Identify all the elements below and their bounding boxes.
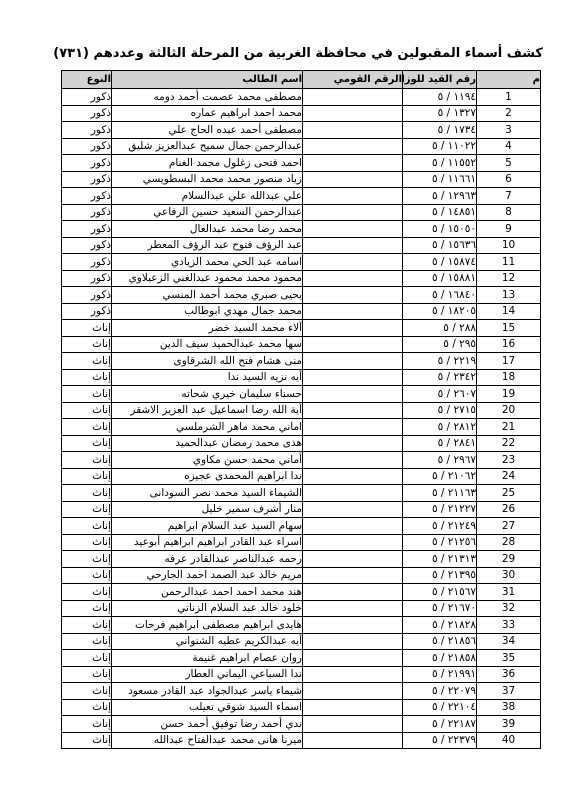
registry-number-cell: ١٥٦٣٦ / ٥ <box>403 237 477 254</box>
registry-number-cell: ٢١٢٥٦ / ٥ <box>403 534 477 551</box>
table-row: 28 ٢١٢٥٦ / ٥ اسراء عبد القادر ابراهيم اب… <box>62 534 541 551</box>
row-number-cell: 25 <box>477 485 541 502</box>
national-id-cell <box>303 567 403 584</box>
table-row: 27 ٢١٢٤٩ / ٥ سهام السيد عبد السلام ابراه… <box>62 518 541 535</box>
registry-number-cell: ٢٨٨ / ٥ <box>403 320 477 337</box>
national-id-cell <box>303 534 403 551</box>
national-id-cell <box>303 666 403 683</box>
row-number-cell: 6 <box>477 171 541 188</box>
row-number-cell: 12 <box>477 270 541 287</box>
national-id-cell <box>303 650 403 667</box>
gender-cell: إناث <box>62 353 112 370</box>
national-id-cell <box>303 254 403 271</box>
student-name-cell: عبد الرؤف فتوح عبد الرؤف المعطر <box>112 237 303 254</box>
row-number-cell: 8 <box>477 204 541 221</box>
national-id-cell <box>303 584 403 601</box>
gender-cell: إناث <box>62 732 112 749</box>
student-name-cell: عبدالرحمن جمال سميح عبدالعزيز شليق <box>112 138 303 155</box>
national-id-cell <box>303 369 403 386</box>
registry-number-cell: ٢١٣٩٥ / ٥ <box>403 567 477 584</box>
table-row: 7 ١٢٩٦٣ / ٥ علي عبدالله علي عبدالسلام ذك… <box>62 188 541 205</box>
row-number-cell: 23 <box>477 452 541 469</box>
registry-number-cell: ٢١٥٦٧ / ٥ <box>403 584 477 601</box>
student-name-cell: روان عصام ابراهيم غنيمة <box>112 650 303 667</box>
national-id-cell <box>303 188 403 205</box>
student-name-cell: ندا ابراهيم المحمدى عجيزه <box>112 468 303 485</box>
gender-cell: إناث <box>62 419 112 436</box>
table-row: 38 ٢٢١٠٤ / ٥ اسماء السيد شوقي تعيلب إناث <box>62 699 541 716</box>
gender-cell: ذكور <box>62 122 112 139</box>
student-name-cell: اسراء عبد القادر ابراهيم ابراهيم أبوعيد <box>112 534 303 551</box>
gender-cell: إناث <box>62 600 112 617</box>
gender-cell: إناث <box>62 666 112 683</box>
national-id-cell <box>303 155 403 172</box>
gender-cell: إناث <box>62 518 112 535</box>
registry-number-cell: ١٣٢٧ / ٥ <box>403 105 477 122</box>
row-number-cell: 38 <box>477 699 541 716</box>
gender-cell: إناث <box>62 650 112 667</box>
student-name-cell: أيه عبدالكريم عطيه الشنواني <box>112 633 303 650</box>
national-id-cell <box>303 336 403 353</box>
national-id-cell <box>303 683 403 700</box>
student-name-cell: هدى محمد رمضان عبدالحميد <box>112 435 303 452</box>
registry-number-cell: ١٧٣٤ / ٥ <box>403 122 477 139</box>
row-number-cell: 18 <box>477 369 541 386</box>
row-number-cell: 40 <box>477 732 541 749</box>
registry-number-cell: ١٨٢٠٥ / ٥ <box>403 303 477 320</box>
national-id-cell <box>303 287 403 304</box>
student-name-cell: هند محمد احمد احمد عبدالرحمن <box>112 584 303 601</box>
row-number-cell: 35 <box>477 650 541 667</box>
row-number-cell: 10 <box>477 237 541 254</box>
gender-cell: إناث <box>62 336 112 353</box>
row-number-cell: 24 <box>477 468 541 485</box>
gender-cell: إناث <box>62 452 112 469</box>
student-name-cell: احمد فتحى زغلول محمد الغنام <box>112 155 303 172</box>
student-name-cell: مريم خالد عبد الصمد احمد الجارحي <box>112 567 303 584</box>
national-id-cell <box>303 138 403 155</box>
registry-number-cell: ٢٢١٨٧ / ٥ <box>403 716 477 733</box>
gender-cell: إناث <box>62 617 112 634</box>
table-body: 1 ١١٩٤ / ٥ مصطفى محمد عصمت أحمد دومه ذكو… <box>62 89 541 749</box>
student-name-cell: ندي أحمد رضا توفيق أحمد حسن <box>112 716 303 733</box>
gender-cell: إناث <box>62 699 112 716</box>
national-id-cell <box>303 303 403 320</box>
row-number-cell: 1 <box>477 89 541 106</box>
gender-cell: ذكور <box>62 204 112 221</box>
row-number-cell: 20 <box>477 402 541 419</box>
national-id-cell <box>303 501 403 518</box>
national-id-cell <box>303 468 403 485</box>
table-row: 37 ٢٢٠٧٩ / ٥ شيماء ياسر عبدالجواد عبد ال… <box>62 683 541 700</box>
table-row: 24 ٢١٠٦٢ / ٥ ندا ابراهيم المحمدى عجيزه إ… <box>62 468 541 485</box>
table-row: 36 ٢١٩٩١ / ٥ ندا السباعي اليماني العطار … <box>62 666 541 683</box>
national-id-cell <box>303 518 403 535</box>
registry-number-cell: ٢١٠٦٢ / ٥ <box>403 468 477 485</box>
student-name-cell: مصطفى محمد عصمت أحمد دومه <box>112 89 303 106</box>
student-name-cell: يحيى صبري محمد أحمد المنسي <box>112 287 303 304</box>
national-id-cell <box>303 452 403 469</box>
registry-number-cell: ٢٨١٢ / ٥ <box>403 419 477 436</box>
row-number-cell: 9 <box>477 221 541 238</box>
student-name-cell: آلاء محمد السيد خضر <box>112 320 303 337</box>
student-name-cell: اسماء السيد شوقي تعيلب <box>112 699 303 716</box>
students-table: م رقم القيد للوزارة الرقم القومي اسم الط… <box>61 70 541 749</box>
registry-number-cell: ٢٢٣٧٩ / ٥ <box>403 732 477 749</box>
table-row: 19 ٢٦٠٧ / ٥ حسناء سليمان خيري شحاته إناث <box>62 386 541 403</box>
table-row: 9 ١٥٠٥٠ / ٥ محمد رضا محمد عبدالعال ذكور <box>62 221 541 238</box>
student-name-cell: منار أشرف سمير خليل <box>112 501 303 518</box>
student-name-cell: شيماء ياسر عبدالجواد عبد القادر مسعود <box>112 683 303 700</box>
student-name-cell: الشيماء السيد محمد نصر السودانى <box>112 485 303 502</box>
table-row: 34 ٢١٨٥٦ / ٥ أيه عبدالكريم عطيه الشنواني… <box>62 633 541 650</box>
national-id-cell <box>303 402 403 419</box>
row-number-cell: 26 <box>477 501 541 518</box>
gender-cell: ذكور <box>62 89 112 106</box>
student-name-cell: حسناء سليمان خيري شحاته <box>112 386 303 403</box>
gender-cell: إناث <box>62 633 112 650</box>
gender-cell: إناث <box>62 584 112 601</box>
national-id-cell <box>303 122 403 139</box>
registry-number-cell: ٢١٢٤٩ / ٥ <box>403 518 477 535</box>
national-id-cell <box>303 732 403 749</box>
row-number-cell: 31 <box>477 584 541 601</box>
page-title: كشف أسماء المقبولين في محافظة الغربية من… <box>53 46 543 61</box>
row-number-cell: 36 <box>477 666 541 683</box>
national-id-cell <box>303 89 403 106</box>
table-row: 29 ٢١٣١٣ / ٥ رحمه عبدالناصر عبدالقادر عر… <box>62 551 541 568</box>
registry-number-cell: ٢٨٤١ / ٥ <box>403 435 477 452</box>
student-name-cell: أيه نزيه السيد ندا <box>112 369 303 386</box>
table-row: 32 ٢١٦٧٠ / ٥ خلود خالد عبد السلام الزنات… <box>62 600 541 617</box>
row-number-cell: 27 <box>477 518 541 535</box>
gender-cell: ذكور <box>62 105 112 122</box>
student-name-cell: منى هشام فتح الله الشرقاوى <box>112 353 303 370</box>
row-number-cell: 13 <box>477 287 541 304</box>
table-row: 26 ٢١٢٢٧ / ٥ منار أشرف سمير خليل إناث <box>62 501 541 518</box>
row-number-cell: 19 <box>477 386 541 403</box>
student-name-cell: محمود محمد محمود عبدالغني الزعبلاوي <box>112 270 303 287</box>
student-name-cell: أماني محمد حسن مكاوي <box>112 452 303 469</box>
table-row: 6 ١١٦٦١ / ٥ زياد منصور محمد محمد البسطوي… <box>62 171 541 188</box>
gender-cell: إناث <box>62 683 112 700</box>
registry-number-cell: ١٥٨٧٤ / ٥ <box>403 254 477 271</box>
table-row: 14 ١٨٢٠٥ / ٥ محمد جمال مهدي ابوطالب ذكور <box>62 303 541 320</box>
registry-number-cell: ٢١٩٩١ / ٥ <box>403 666 477 683</box>
national-id-cell <box>303 105 403 122</box>
row-number-cell: 39 <box>477 716 541 733</box>
student-name-cell: ميرنا هانى محمد عبدالفتاح عبدالله <box>112 732 303 749</box>
gender-cell: إناث <box>62 320 112 337</box>
national-id-cell <box>303 551 403 568</box>
national-id-cell <box>303 419 403 436</box>
national-id-cell <box>303 716 403 733</box>
gender-cell: ذكور <box>62 237 112 254</box>
row-number-cell: 29 <box>477 551 541 568</box>
registry-number-cell: ٢١٦٧٠ / ٥ <box>403 600 477 617</box>
registry-number-cell: ١١٩٤ / ٥ <box>403 89 477 106</box>
national-id-cell <box>303 353 403 370</box>
gender-cell: ذكور <box>62 221 112 238</box>
registry-number-cell: ١١٦٦١ / ٥ <box>403 171 477 188</box>
registry-number-cell: ٢١٢٢٧ / ٥ <box>403 501 477 518</box>
table-row: 2 ١٣٢٧ / ٥ محمد احمد ابراهيم عماره ذكور <box>62 105 541 122</box>
row-number-cell: 15 <box>477 320 541 337</box>
gender-cell: إناث <box>62 534 112 551</box>
registry-number-cell: ١٥٠٥٠ / ٥ <box>403 221 477 238</box>
national-id-cell <box>303 386 403 403</box>
student-name-cell: سهام السيد عبد السلام ابراهيم <box>112 518 303 535</box>
row-number-cell: 21 <box>477 419 541 436</box>
gender-cell: ذكور <box>62 188 112 205</box>
gender-cell: إناث <box>62 468 112 485</box>
national-id-cell <box>303 699 403 716</box>
document-page: كشف أسماء المقبولين في محافظة الغربية من… <box>0 0 565 800</box>
registry-number-cell: ٢٩٦٧ / ٥ <box>403 452 477 469</box>
table-row: 15 ٢٨٨ / ٥ آلاء محمد السيد خضر إناث <box>62 320 541 337</box>
national-id-cell <box>303 237 403 254</box>
registry-number-cell: ١٥٨٨١ / ٥ <box>403 270 477 287</box>
student-name-cell: أية الله رضا اسماعيل عبد العزيز الاشقر <box>112 402 303 419</box>
table-row: 23 ٢٩٦٧ / ٥ أماني محمد حسن مكاوي إناث <box>62 452 541 469</box>
national-id-cell <box>303 221 403 238</box>
student-name-cell: زياد منصور محمد محمد البسطويسي <box>112 171 303 188</box>
registry-number-cell: ٢٣٤٢ / ٥ <box>403 369 477 386</box>
student-name-cell: ندا السباعي اليماني العطار <box>112 666 303 683</box>
table-row: 8 ١٤٨٥١ / ٥ عبدالرحمن السعيد حسين الرفاع… <box>62 204 541 221</box>
table-row: 11 ١٥٨٧٤ / ٥ اسامه عبد الحي محمد الزيادي… <box>62 254 541 271</box>
gender-cell: إناث <box>62 485 112 502</box>
registry-number-cell: ٢٧١٥ / ٥ <box>403 402 477 419</box>
table-row: 31 ٢١٥٦٧ / ٥ هند محمد احمد احمد عبدالرحم… <box>62 584 541 601</box>
row-number-cell: 4 <box>477 138 541 155</box>
row-number-cell: 16 <box>477 336 541 353</box>
national-id-cell <box>303 617 403 634</box>
registry-number-cell: ٢١٨٥٦ / ٥ <box>403 633 477 650</box>
table-row: 17 ٢٢١٩ / ٥ منى هشام فتح الله الشرقاوى إ… <box>62 353 541 370</box>
gender-cell: إناث <box>62 716 112 733</box>
row-number-cell: 33 <box>477 617 541 634</box>
registry-number-cell: ١١٠٢٢ / ٥ <box>403 138 477 155</box>
registry-number-cell: ٢١٣١٣ / ٥ <box>403 551 477 568</box>
student-name-cell: رحمه عبدالناصر عبدالقادر عرفه <box>112 551 303 568</box>
table-row: 21 ٢٨١٢ / ٥ اماني محمد ماهر الشرملسي إنا… <box>62 419 541 436</box>
table-row: 1 ١١٩٤ / ٥ مصطفى محمد عصمت أحمد دومه ذكو… <box>62 89 541 106</box>
national-id-cell <box>303 204 403 221</box>
national-id-cell <box>303 320 403 337</box>
registry-number-cell: ٢٢١٩ / ٥ <box>403 353 477 370</box>
student-name-cell: سها محمد عبدالحميد سيف الدين <box>112 336 303 353</box>
table-row: 20 ٢٧١٥ / ٥ أية الله رضا اسماعيل عبد الع… <box>62 402 541 419</box>
gender-cell: ذكور <box>62 270 112 287</box>
student-name-cell: اسامه عبد الحي محمد الزيادي <box>112 254 303 271</box>
header-student-name: اسم الطالب <box>112 71 303 89</box>
row-number-cell: 37 <box>477 683 541 700</box>
table-row: 25 ٢١١٦٣ / ٥ الشيماء السيد محمد نصر السو… <box>62 485 541 502</box>
table-row: 22 ٢٨٤١ / ٥ هدى محمد رمضان عبدالحميد إنا… <box>62 435 541 452</box>
registry-number-cell: ٢١١٦٣ / ٥ <box>403 485 477 502</box>
registry-number-cell: ٢١٨٥٨ / ٥ <box>403 650 477 667</box>
gender-cell: ذكور <box>62 303 112 320</box>
row-number-cell: 7 <box>477 188 541 205</box>
gender-cell: ذكور <box>62 155 112 172</box>
table-row: 18 ٢٣٤٢ / ٥ أيه نزيه السيد ندا إناث <box>62 369 541 386</box>
row-number-cell: 28 <box>477 534 541 551</box>
registry-number-cell: ٢٢٠٧٩ / ٥ <box>403 683 477 700</box>
gender-cell: ذكور <box>62 138 112 155</box>
row-number-cell: 30 <box>477 567 541 584</box>
gender-cell: ذكور <box>62 171 112 188</box>
student-name-cell: عبدالرحمن السعيد حسين الرفاعي <box>112 204 303 221</box>
student-name-cell: محمد احمد ابراهيم عماره <box>112 105 303 122</box>
national-id-cell <box>303 633 403 650</box>
table-row: 33 ٢١٨٢٨ / ٥ هايدى ابراهيم مصطفى ابراهيم… <box>62 617 541 634</box>
header-gender: النوع <box>62 71 112 89</box>
gender-cell: إناث <box>62 567 112 584</box>
student-name-cell: مصطفى أحمد عبده الحاج علي <box>112 122 303 139</box>
registry-number-cell: ١٤٨٥١ / ٥ <box>403 204 477 221</box>
registry-number-cell: ٢١٨٢٨ / ٥ <box>403 617 477 634</box>
student-name-cell: اماني محمد ماهر الشرملسي <box>112 419 303 436</box>
row-number-cell: 5 <box>477 155 541 172</box>
table-row: 35 ٢١٨٥٨ / ٥ روان عصام ابراهيم غنيمة إنا… <box>62 650 541 667</box>
table-row: 12 ١٥٨٨١ / ٥ محمود محمد محمود عبدالغني ا… <box>62 270 541 287</box>
student-name-cell: محمد جمال مهدي ابوطالب <box>112 303 303 320</box>
student-name-cell: خلود خالد عبد السلام الزناتي <box>112 600 303 617</box>
registry-number-cell: ١٦٨٤٠ / ٥ <box>403 287 477 304</box>
table-header-row: م رقم القيد للوزارة الرقم القومي اسم الط… <box>62 71 541 89</box>
gender-cell: إناث <box>62 386 112 403</box>
header-row-number: م <box>477 71 541 89</box>
gender-cell: إناث <box>62 435 112 452</box>
registry-number-cell: ٢٢١٠٤ / ٥ <box>403 699 477 716</box>
row-number-cell: 2 <box>477 105 541 122</box>
table-row: 10 ١٥٦٣٦ / ٥ عبد الرؤف فتوح عبد الرؤف ال… <box>62 237 541 254</box>
header-national-id: الرقم القومي <box>303 71 403 89</box>
registry-number-cell: ٢٦٠٧ / ٥ <box>403 386 477 403</box>
row-number-cell: 3 <box>477 122 541 139</box>
table-row: 40 ٢٢٣٧٩ / ٥ ميرنا هانى محمد عبدالفتاح ع… <box>62 732 541 749</box>
student-name-cell: علي عبدالله علي عبدالسلام <box>112 188 303 205</box>
header-registry-number: رقم القيد للوزارة <box>403 71 477 89</box>
national-id-cell <box>303 171 403 188</box>
row-number-cell: 11 <box>477 254 541 271</box>
row-number-cell: 14 <box>477 303 541 320</box>
registry-number-cell: ١٢٩٦٣ / ٥ <box>403 188 477 205</box>
table-row: 30 ٢١٣٩٥ / ٥ مريم خالد عبد الصمد احمد ال… <box>62 567 541 584</box>
table-row: 16 ٢٩٥ / ٥ سها محمد عبدالحميد سيف الدين … <box>62 336 541 353</box>
table-row: 5 ١١٥٥٢ / ٥ احمد فتحى زغلول محمد الغنام … <box>62 155 541 172</box>
row-number-cell: 34 <box>477 633 541 650</box>
student-name-cell: محمد رضا محمد عبدالعال <box>112 221 303 238</box>
gender-cell: ذكور <box>62 254 112 271</box>
row-number-cell: 17 <box>477 353 541 370</box>
registry-number-cell: ١١٥٥٢ / ٥ <box>403 155 477 172</box>
table-row: 3 ١٧٣٤ / ٥ مصطفى أحمد عبده الحاج علي ذكو… <box>62 122 541 139</box>
gender-cell: إناث <box>62 402 112 419</box>
student-name-cell: هايدى ابراهيم مصطفى ابراهيم فرحات <box>112 617 303 634</box>
row-number-cell: 22 <box>477 435 541 452</box>
national-id-cell <box>303 600 403 617</box>
table-row: 4 ١١٠٢٢ / ٥ عبدالرحمن جمال سميح عبدالعزي… <box>62 138 541 155</box>
gender-cell: ذكور <box>62 287 112 304</box>
table-row: 13 ١٦٨٤٠ / ٥ يحيى صبري محمد أحمد المنسي … <box>62 287 541 304</box>
table-row: 39 ٢٢١٨٧ / ٥ ندي أحمد رضا توفيق أحمد حسن… <box>62 716 541 733</box>
gender-cell: إناث <box>62 551 112 568</box>
row-number-cell: 32 <box>477 600 541 617</box>
gender-cell: إناث <box>62 501 112 518</box>
national-id-cell <box>303 435 403 452</box>
registry-number-cell: ٢٩٥ / ٥ <box>403 336 477 353</box>
gender-cell: إناث <box>62 369 112 386</box>
national-id-cell <box>303 270 403 287</box>
national-id-cell <box>303 485 403 502</box>
